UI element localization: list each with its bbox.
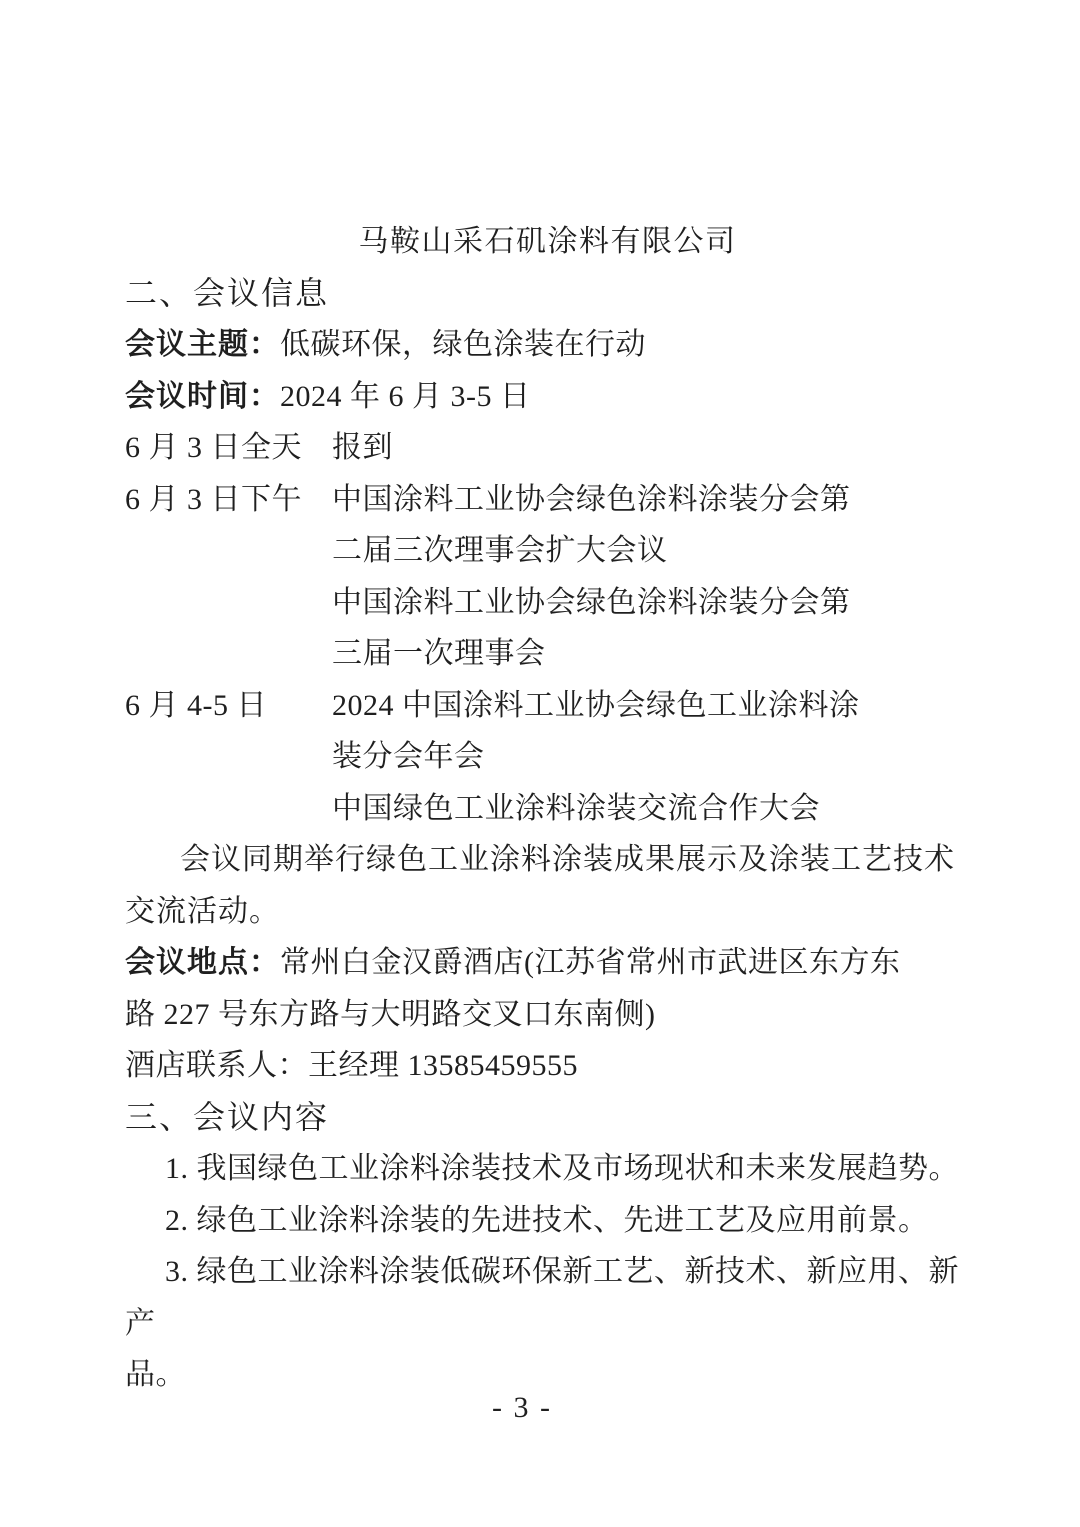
meeting-topic-value: 低碳环保，绿色涂装在行动 <box>280 328 646 361</box>
schedule-date: 6 月 3 日下午 <box>125 474 332 526</box>
document-body: 马鞍山采石矶涂料有限公司 二、会议信息 会议主题：低碳环保，绿色涂装在行动 会议… <box>125 216 970 1401</box>
meeting-venue-line: 会议地点：常州白金汉爵酒店(江苏省常州市武进区东方东 路 227 号东方路与大明… <box>125 937 970 1040</box>
schedule-row: 6 月 4-5 日 2024 中国涂料工业协会绿色工业涂料涂 装分会年会 中国绿… <box>125 680 970 835</box>
meeting-time-label: 会议时间： <box>125 380 280 413</box>
schedule-date: 6 月 3 日全天 <box>125 422 332 474</box>
schedule-row: 6 月 3 日下午 中国涂料工业协会绿色涂料涂装分会第 二届三次理事会扩大会议 … <box>125 474 970 680</box>
content-item-1: 1. 我国绿色工业涂料涂装技术及市场现状和未来发展趋势。 <box>125 1143 970 1195</box>
section-heading-meeting-info: 二、会议信息 <box>125 268 970 320</box>
company-signature: 马鞍山采石矶涂料有限公司 <box>125 216 970 268</box>
schedule-row: 6 月 3 日全天 报到 <box>125 422 970 474</box>
schedule-description: 报到 <box>332 422 877 474</box>
schedule-description: 2024 中国涂料工业协会绿色工业涂料涂 装分会年会 中国绿色工业涂料涂装交流合… <box>332 680 877 835</box>
content-item-2: 2. 绿色工业涂料涂装的先进技术、先进工艺及应用前景。 <box>125 1195 970 1247</box>
meeting-topic-line: 会议主题：低碳环保，绿色涂装在行动 <box>125 319 970 371</box>
meeting-time-line: 会议时间：2024 年 6 月 3-5 日 <box>125 371 970 423</box>
hotel-contact-value: 王经理 13585459555 <box>308 1049 578 1082</box>
page-number: - 3 - <box>0 1386 1062 1430</box>
schedule-description: 中国涂料工业协会绿色涂料涂装分会第 二届三次理事会扩大会议 中国涂料工业协会绿色… <box>332 474 877 680</box>
hotel-contact-label: 酒店联系人： <box>125 1049 308 1082</box>
hotel-contact-line: 酒店联系人：王经理 13585459555 <box>125 1040 970 1092</box>
meeting-topic-label: 会议主题： <box>125 328 280 361</box>
section-heading-meeting-content: 三、会议内容 <box>125 1092 970 1144</box>
concurrent-activities-note: 会议同期举行绿色工业涂料涂装成果展示及涂装工艺技术 交流活动。 <box>125 834 970 937</box>
schedule-date: 6 月 4-5 日 <box>125 680 332 732</box>
content-item-3: 3. 绿色工业涂料涂装低碳环保新工艺、新技术、新应用、新产 品。 <box>125 1246 970 1401</box>
meeting-time-value: 2024 年 6 月 3-5 日 <box>280 380 531 413</box>
document-page: 马鞍山采石矶涂料有限公司 二、会议信息 会议主题：低碳环保，绿色涂装在行动 会议… <box>0 0 1080 1527</box>
meeting-venue-label: 会议地点： <box>125 946 280 979</box>
